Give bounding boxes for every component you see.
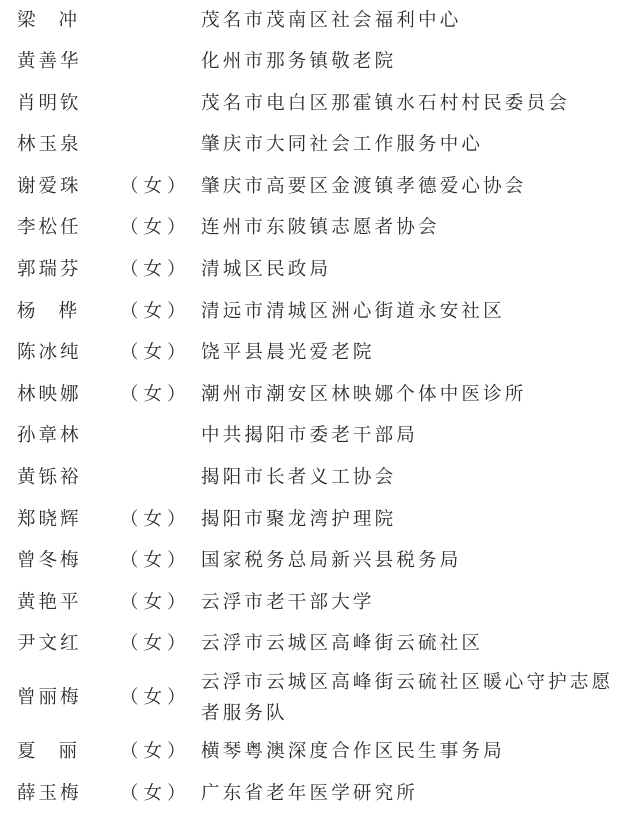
person-name: 林玉泉: [17, 124, 82, 166]
person-name: 曾冬梅: [17, 540, 82, 582]
list-item: 陈冰纯 （女） 饶平县晨光爱老院: [0, 332, 640, 374]
organization: 清城区民政局: [201, 249, 331, 291]
list-item: 肖明钦 茂名市电白区那霍镇水石村村民委员会: [0, 83, 640, 125]
person-name: 黄善华: [17, 41, 82, 83]
organization: 饶平县晨光爱老院: [201, 332, 375, 374]
organization: 肇庆市大同社会工作服务中心: [201, 124, 483, 166]
list-item: 黄艳平 （女） 云浮市老干部大学: [0, 582, 640, 624]
gender-note: （女）: [120, 582, 191, 624]
organization: 潮州市潮安区林映娜个体中医诊所: [201, 374, 527, 416]
list-item: 郭瑞芬 （女） 清城区民政局: [0, 249, 640, 291]
person-name: 梁冲: [17, 0, 100, 42]
organization: 化州市那务镇敬老院: [201, 41, 396, 83]
list-item: 谢爱珠 （女） 肇庆市高要区金渡镇孝德爱心协会: [0, 166, 640, 208]
gender-note: （女）: [120, 623, 191, 665]
organization: 横琴粤澳深度合作区民生事务局: [201, 731, 505, 773]
organization: 中共揭阳市委老干部局: [201, 415, 418, 457]
list-item: 夏丽 （女） 横琴粤澳深度合作区民生事务局: [0, 731, 640, 773]
list-item: 孙章林 中共揭阳市委老干部局: [0, 415, 640, 457]
honoree-list: 梁冲 茂名市茂南区社会福利中心 黄善华 化州市那务镇敬老院 肖明钦 茂名市电白区…: [0, 0, 640, 814]
organization: 茂名市电白区那霍镇水石村村民委员会: [201, 83, 570, 125]
person-name: 黄艳平: [17, 582, 82, 624]
gender-note: （女）: [120, 332, 191, 374]
organization: 国家税务总局新兴县税务局: [201, 540, 461, 582]
person-name: 孙章林: [17, 415, 82, 457]
person-name: 陈冰纯: [17, 332, 82, 374]
organization: 清远市清城区洲心街道永安社区: [201, 291, 505, 333]
person-name: 薛玉梅: [17, 773, 82, 815]
person-name: 夏丽: [17, 731, 100, 773]
person-name: 黄铄裕: [17, 457, 82, 499]
gender-note: （女）: [120, 773, 191, 815]
organization: 云浮市云城区高峰街云硫社区: [201, 623, 483, 665]
gender-note: （女）: [120, 249, 191, 291]
organization: 连州市东陂镇志愿者协会: [201, 207, 440, 249]
organization: 云浮市云城区高峰街云硫社区暖心守护志愿者服务队: [201, 667, 621, 729]
person-name: 尹文红: [17, 623, 82, 665]
gender-note: （女）: [120, 166, 191, 208]
person-name: 郭瑞芬: [17, 249, 82, 291]
person-name: 肖明钦: [17, 83, 82, 125]
list-item: 郑晓辉 （女） 揭阳市聚龙湾护理院: [0, 499, 640, 541]
gender-note: （女）: [120, 291, 191, 333]
gender-note: （女）: [120, 540, 191, 582]
gender-note: （女）: [120, 731, 191, 773]
person-name: 李松任: [17, 207, 82, 249]
organization: 肇庆市高要区金渡镇孝德爱心协会: [201, 166, 527, 208]
list-item: 林映娜 （女） 潮州市潮安区林映娜个体中医诊所: [0, 374, 640, 416]
gender-note: （女）: [120, 207, 191, 249]
organization: 茂名市茂南区社会福利中心: [201, 0, 461, 42]
person-name: 林映娜: [17, 374, 82, 416]
list-item: 黄善华 化州市那务镇敬老院: [0, 41, 640, 83]
organization: 云浮市老干部大学: [201, 582, 375, 624]
person-name: 曾丽梅: [17, 665, 82, 731]
list-item: 李松任 （女） 连州市东陂镇志愿者协会: [0, 207, 640, 249]
gender-note: （女）: [120, 665, 191, 731]
gender-note: （女）: [120, 374, 191, 416]
list-item: 梁冲 茂名市茂南区社会福利中心: [0, 0, 640, 41]
list-item: 曾冬梅 （女） 国家税务总局新兴县税务局: [0, 540, 640, 582]
list-item: 薛玉梅 （女） 广东省老年医学研究所: [0, 773, 640, 815]
list-item: 杨桦 （女） 清远市清城区洲心街道永安社区: [0, 291, 640, 333]
gender-note: （女）: [120, 499, 191, 541]
organization: 揭阳市聚龙湾护理院: [201, 499, 396, 541]
person-name: 杨桦: [17, 291, 100, 333]
list-item: 林玉泉 肇庆市大同社会工作服务中心: [0, 124, 640, 166]
organization: 揭阳市长者义工协会: [201, 457, 396, 499]
person-name: 郑晓辉: [17, 499, 82, 541]
list-item: 尹文红 （女） 云浮市云城区高峰街云硫社区: [0, 623, 640, 665]
organization: 广东省老年医学研究所: [201, 773, 418, 815]
person-name: 谢爱珠: [17, 166, 82, 208]
list-item: 黄铄裕 揭阳市长者义工协会: [0, 457, 640, 499]
list-item: 曾丽梅 （女） 云浮市云城区高峰街云硫社区暖心守护志愿者服务队: [0, 665, 640, 731]
